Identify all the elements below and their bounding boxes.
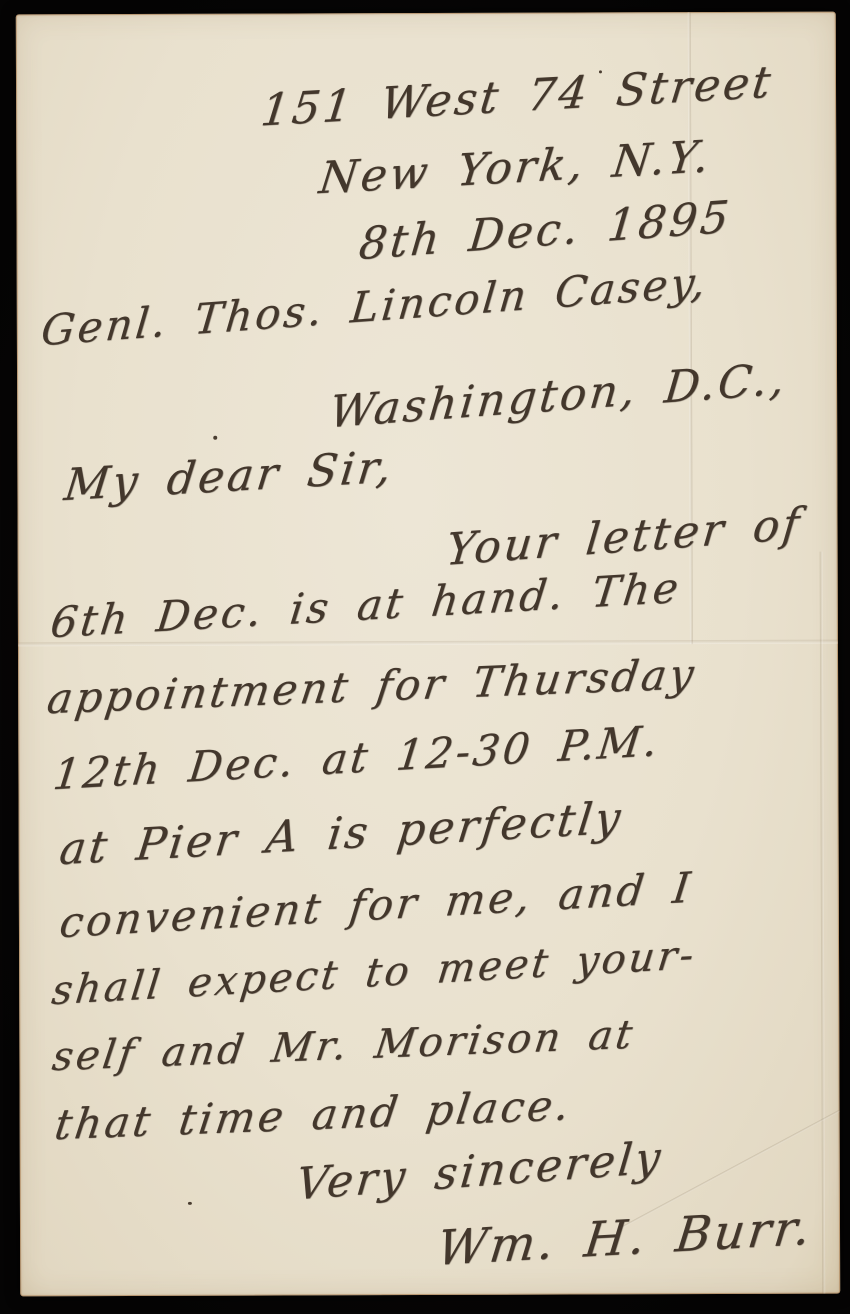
ink-speck — [213, 436, 217, 440]
body-line-3: appointment for Thursday — [44, 649, 699, 723]
salutation-line: My dear Sir, — [61, 441, 396, 511]
address-line-1: 151 West 74 Street — [258, 57, 776, 137]
recipient-place-line: Washington, D.C., — [327, 353, 789, 438]
address-line-2: New York, N.Y. — [316, 131, 714, 204]
closing-line: Very sincerely — [294, 1132, 666, 1210]
signature-line: Wm. H. Burr. — [434, 1200, 816, 1277]
body-line-8: self and Mr. Morison at — [49, 1012, 637, 1081]
body-line-1: Your letter of — [444, 498, 805, 576]
body-line-7: shall expect to meet your- — [49, 932, 699, 1014]
body-line-4: 12th Dec. at 12-30 P.M. — [51, 716, 664, 799]
recipient-name-line: Genl. Thos. Lincoln Casey, — [39, 257, 711, 355]
fold-crease-vertical-right — [820, 552, 826, 1294]
ink-speck — [188, 1202, 192, 1205]
body-line-6: convenient for me, and I — [57, 863, 696, 948]
letter-paper: 151 West 74 Street New York, N.Y. 8th De… — [16, 12, 840, 1297]
body-line-5: at Pier A is perfectly — [57, 792, 626, 875]
body-line-2: 6th Dec. is at hand. The — [48, 563, 684, 648]
body-line-9: that time and place. — [52, 1080, 575, 1149]
photo-background: 151 West 74 Street New York, N.Y. 8th De… — [0, 0, 850, 1314]
